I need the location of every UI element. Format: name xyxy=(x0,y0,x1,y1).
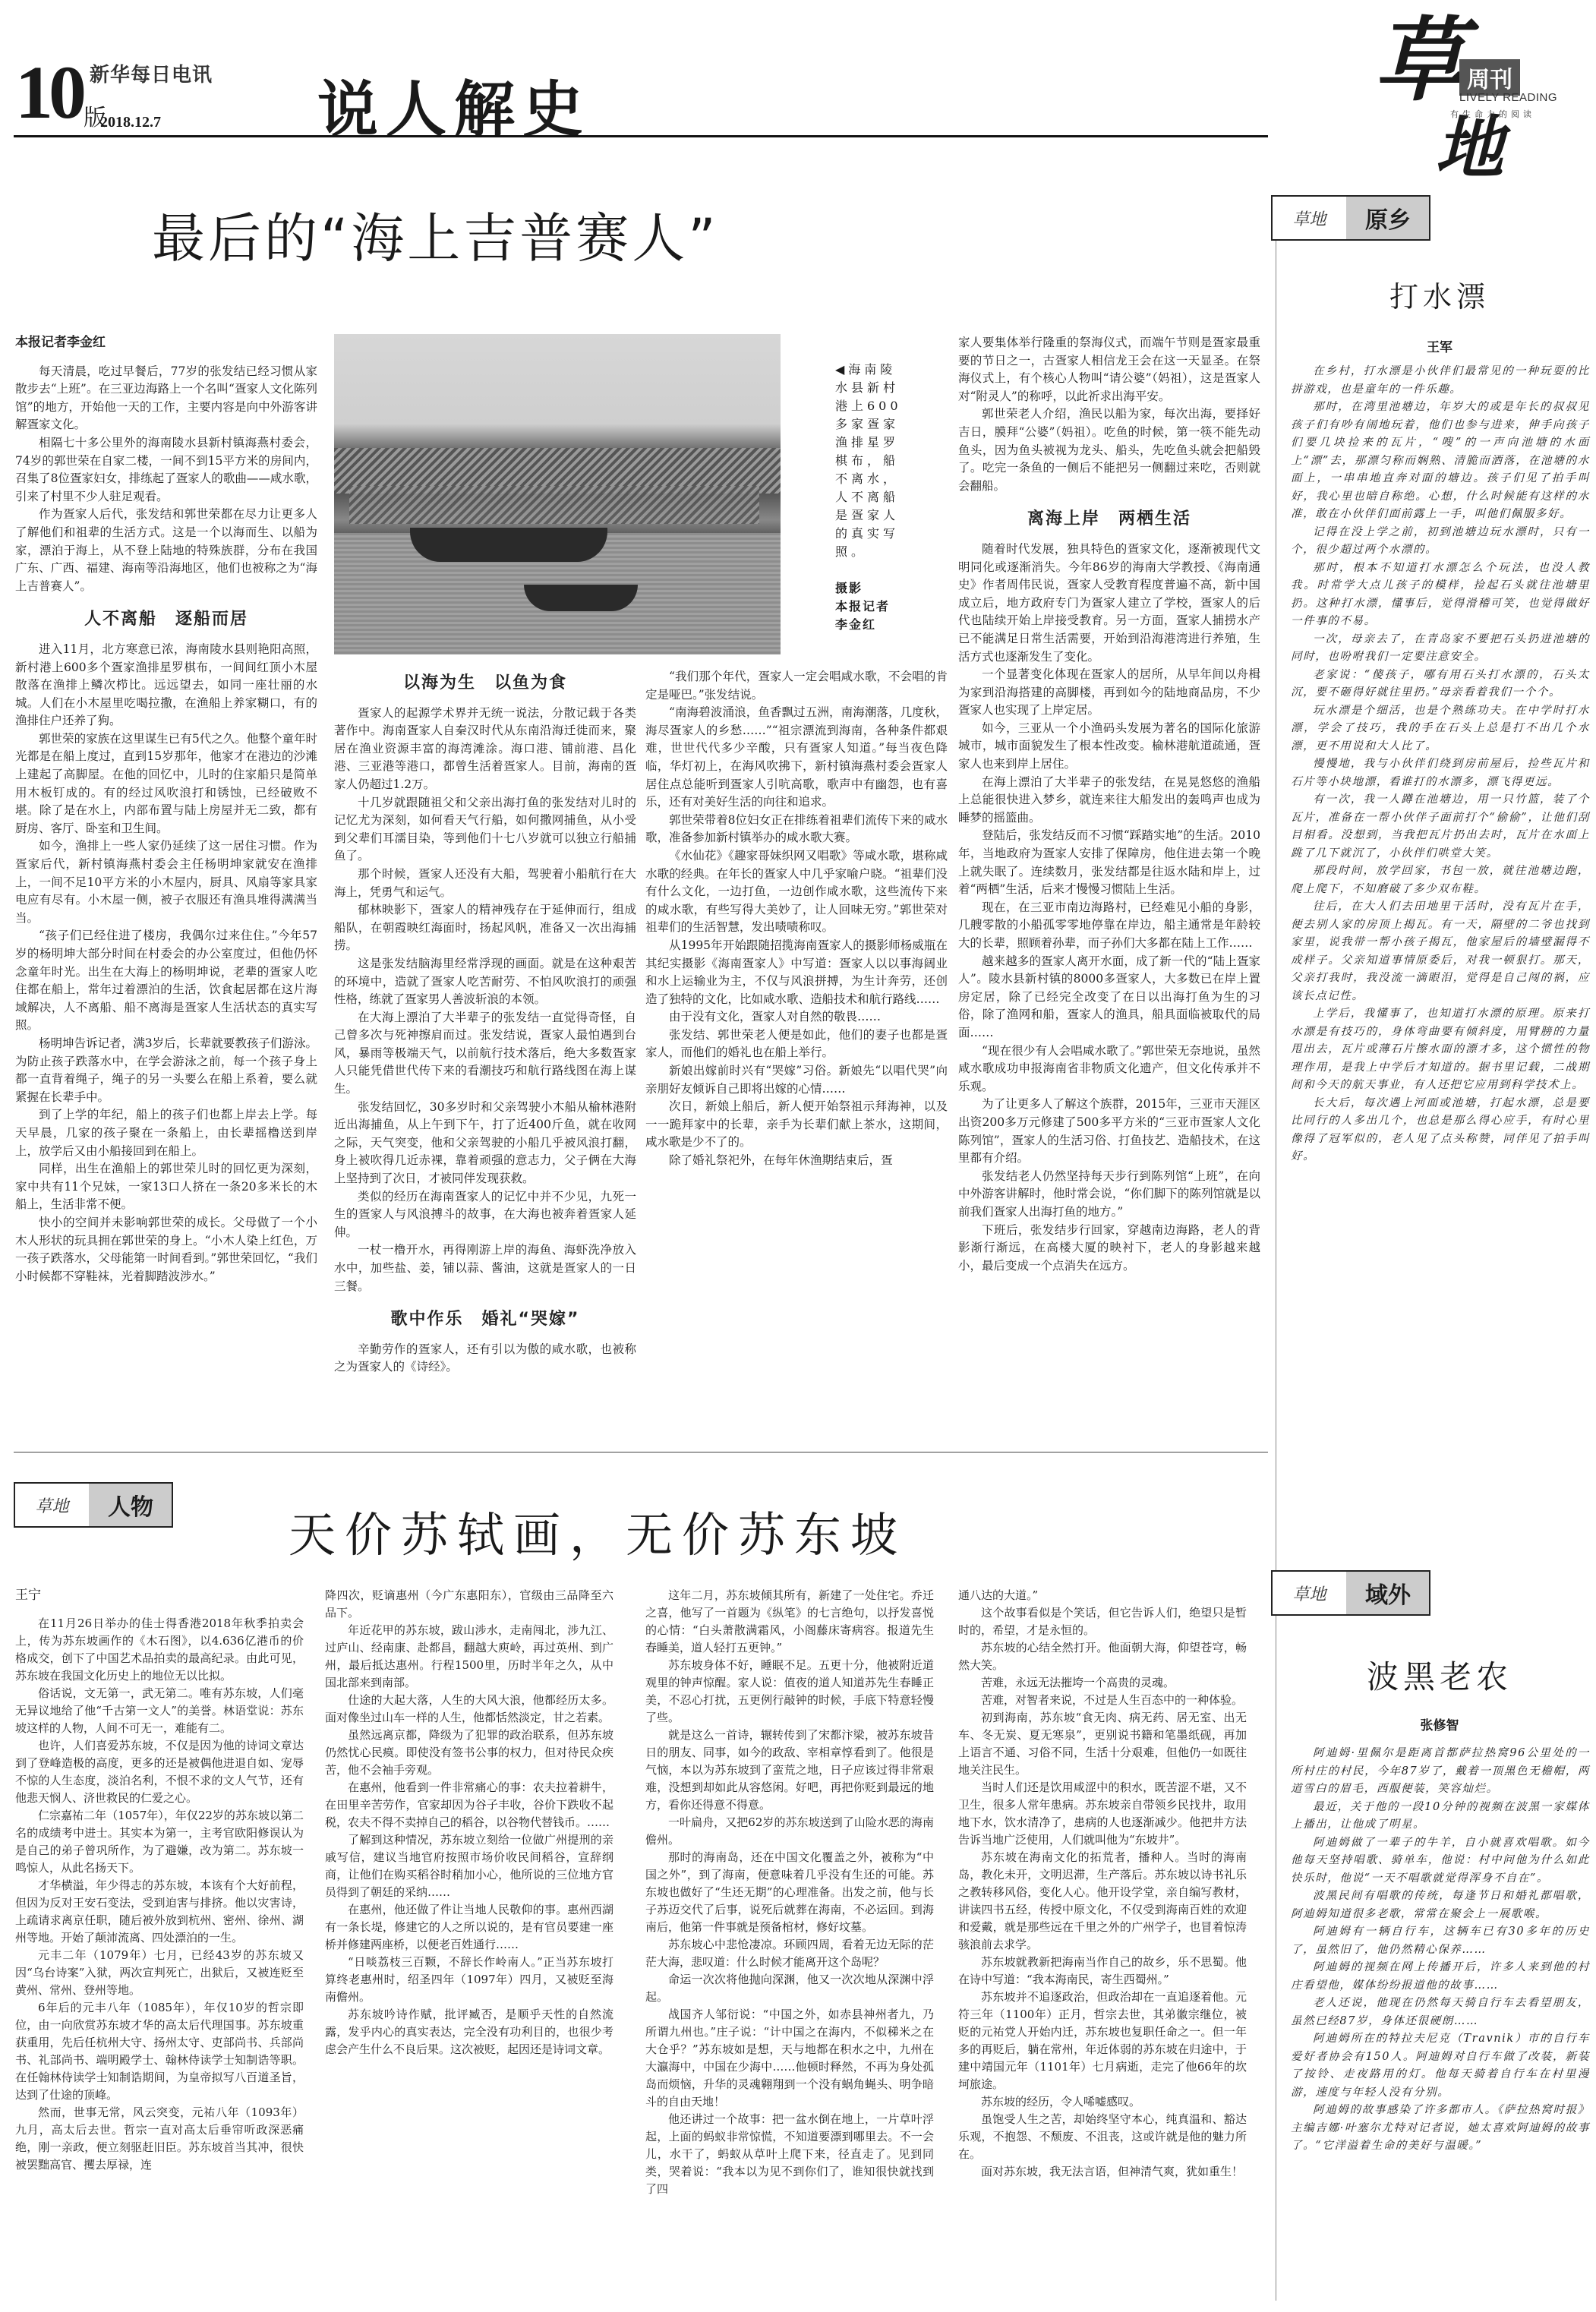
paragraph: 慢慢地，我与小伙伴们绕到房前屋后，捡些瓦片和石片等小块地漂，看谁打的水漂多，漂飞… xyxy=(1291,755,1590,791)
paragraph: 家人要集体举行隆重的祭海仪式，而端午节则是疍家最重要的节日之一，古疍家人相信龙王… xyxy=(958,334,1260,405)
paragraph: 通八达的大道。” xyxy=(958,1587,1247,1604)
paragraph: 老家说：“傻孩子，哪有用石头打水漂的，石头太沉，要不砸得好就往里扔。”母亲看着我… xyxy=(1291,667,1590,702)
subhead: 歌中作乐 婚礼“哭嫁” xyxy=(334,1311,636,1329)
side-article-title: 波黑老农 xyxy=(1283,1652,1596,1698)
paragraph: 类似的经历在海南疍家人的记忆中并不少见，九死一生的疍家人与风浪搏斗的故事，在大海… xyxy=(334,1188,636,1242)
paragraph: 从1995年开始跟随招揽海南疍家人的摄影师杨威瓶在其纪实摄影《海南疍家人》中写道… xyxy=(645,937,948,1008)
paragraph: 然而，世事无常，风云突变，元祐八年（1093年）九月，高太后去世。哲宗一直对高太… xyxy=(15,2104,304,2174)
paragraph: 郭世荣老人介绍，渔民以船为家，每次出海，要择好吉日，膜拜“公婆”（妈祖）。吃鱼的… xyxy=(958,405,1260,495)
credit-name: 本报记者 xyxy=(835,598,904,616)
paragraph: 苏东坡的心结全然打开。他面朝大海，仰望苍穹，畅然大笑。 xyxy=(958,1639,1247,1674)
masthead-rule xyxy=(14,135,1268,137)
paragraph: “孩子们已经住进了楼房，我偶尔过来住住。”今年57岁的杨明坤大部分时间在村委会的… xyxy=(15,927,317,1035)
paragraph: 郭世荣带着8位妇女正在排练着祖辈们流传下来的咸水歌，准备参加新村镇举办的咸水歌大… xyxy=(645,812,948,847)
main-article-column-4: 家人要集体举行隆重的祭海仪式，而端午节则是疍家最重要的节日之一，古疍家人相信龙王… xyxy=(958,334,1260,1275)
paragraph: 阿迪姆做了一辈子的牛羊，自小就喜欢唱歌。如今他每天坚持唱歌、骑单车，他说：村中问… xyxy=(1291,1834,1590,1888)
paragraph: 6年后的元丰八年（1085年），年仅10岁的哲宗即位，由一向欣赏苏东坡才华的高太… xyxy=(15,1999,304,2104)
main-article-column-2: 以海为生 以鱼为食 疍家人的起源学术界并无统一说法，分散记载于各类著作中。海南疍… xyxy=(334,668,636,1377)
paragraph: 才华横溢，年少得志的苏东坡，本该有个大好前程，但因为反对王安石变法，受到迫害与排… xyxy=(15,1877,304,1947)
paper-name: 新华每日电讯 xyxy=(90,59,213,87)
credit-name: 李金红 xyxy=(835,616,904,634)
main-article-column-1: 本报记者李金红 每天清晨，吃过早餐后，77岁的张发结已经习惯从家散步去“上班”。… xyxy=(15,334,317,1285)
paragraph: 初到海南，苏东坡“食无肉、病无药、居无室、出无车、冬无炭、夏无寒泉”，更别说书籍… xyxy=(958,1709,1247,1779)
paragraph: 如今，渔排上一些人家仍延续了这一居住习惯。作为疍家后代，新村镇海燕村委会主任杨明… xyxy=(15,837,317,927)
paragraph: 虽然远离京都，降级为了犯罪的政治联系，但苏东坡仍然忧心民瘼。即使没有签书公事的权… xyxy=(325,1727,613,1779)
paragraph: 一杖一橹开水，再得刚游上岸的海鱼、海虾洗净放入水中，加些盐、姜，铺以蒜、酱油，这… xyxy=(334,1241,636,1295)
page-number: 10 xyxy=(15,55,82,131)
paragraph: 阿迪姆的故事感染了许多都市人。《萨拉热窝时报》主编吉娜·叶塞尔尤特对记者说，她太… xyxy=(1291,2102,1590,2156)
paragraph: 除了婚礼祭祀外，在每年休渔期结束后，疍 xyxy=(645,1152,948,1170)
paragraph: 郁林映影下，疍家人的精神残存在于延伸而行，组成船队，在朝霞映红海面时，扬起风帆，… xyxy=(334,901,636,955)
paragraph: 在海上漂泊了大半辈子的张发结，在晃晃悠悠的渔船上总能很快进入梦乡，就连来往大船发… xyxy=(958,774,1260,828)
paragraph: 波黑民间有唱歌的传统，每逢节日和婚礼都唱歌，阿迪姆知道很多老歌，常常在聚会上一展… xyxy=(1291,1888,1590,1923)
paragraph: 张发结、郭世荣老人便是如此，他们的妻子也都是疍家人，而他们的婚礼也在船上举行。 xyxy=(645,1027,948,1062)
paragraph: 十几岁就跟随祖父和父亲出海打鱼的张发结对儿时的记忆尤为深刻，如何看天气行船，如何… xyxy=(334,794,636,866)
paragraph: 作为疍家人后代，张发结和郭世荣都在尽力让更多人了解他们和祖辈的生活方式。这是一个… xyxy=(15,506,317,595)
logo-calligraphy-bottom: 地 xyxy=(1435,114,1503,182)
paragraph: 这个故事看似是个笑话，但它告诉人们，绝望只是暂时的，希望，才是永恒的。 xyxy=(958,1604,1247,1639)
paragraph: 杨明坤告诉记者，满3岁后，长辈就要教孩子们游泳。为防止孩子跌落水中，在学会游泳之… xyxy=(15,1035,317,1106)
section-tag-yuanxiang: 草地 原乡 xyxy=(1271,195,1430,241)
paragraph: “现在很少有人会唱咸水歌了。”郭世荣无奈地说，虽然咸水歌成功申报海南省非物质文化… xyxy=(958,1042,1260,1096)
paragraph: 为了让更多人了解这个族群，2015年，三亚市天涯区出资200多万元修建了500多… xyxy=(958,1096,1260,1167)
paragraph: 每天清晨，吃过早餐后，77岁的张发结已经习惯从家散步去“上班”。在三亚边海路上一… xyxy=(15,363,317,434)
paragraph: 疍家人的起源学术界并无统一说法，分散记载于各类著作中。海南疍家人自秦汉时代从东南… xyxy=(334,705,636,794)
section-logo: 草地 xyxy=(1273,197,1347,239)
section-divider xyxy=(14,1452,1268,1452)
paragraph: 苏东坡在海南文化的拓荒者，播种人。当时的海南岛，教化未开，文明迟滞，生产落后。苏… xyxy=(958,1849,1247,1954)
paragraph: 那个时候，疍家人还没有大船，驾驶着小船航行在大海上，凭勇气和运气。 xyxy=(334,866,636,901)
paragraph: 郭世荣的家族在这里谋生已有5代之久。他整个童年时光都是在船上度过，直到15岁那年… xyxy=(15,730,317,838)
column-divider xyxy=(1276,197,1276,2301)
paragraph: 就是这么一首诗，辗转传到了宋都汴梁，被苏东坡昔日的朋友、同事，如今的政敌、宰相章… xyxy=(645,1727,934,1814)
side-article-author: 张修智 xyxy=(1283,1714,1596,1733)
paragraph: 在大海上漂泊了大半辈子的张发结一直觉得奇怪，自己曾多次与死神擦肩而过。张发结说，… xyxy=(334,1009,636,1099)
paragraph: 降四次，贬谪惠州（今广东惠阳东），官级由三品降至六品下。 xyxy=(325,1587,613,1622)
photo-fishing-village xyxy=(334,334,781,654)
paragraph: 进入11月，北方寒意已浓，海南陵水县则艳阳高照，新村港上600多个疍家渔排星罗棋… xyxy=(15,641,317,730)
subhead: 离海上岸 两栖生活 xyxy=(958,510,1260,528)
paragraph: 《水仙花》《趣家哥妹织网又唱歌》等咸水歌，堪称咸水歌的经典。在年长的疍家人中几乎… xyxy=(645,847,948,937)
section-label: 原乡 xyxy=(1347,197,1429,239)
paragraph: 年近花甲的苏东坡，跋山涉水，走南闯北，涉九江、过庐山、经南康、赴都昌，翻越大庾岭… xyxy=(325,1622,613,1692)
paragraph: 虽饱受人生之苦，却始终坚守本心，纯真温和、豁达乐观，不抱怨、不颓废、不沮丧，这或… xyxy=(958,2111,1247,2163)
paragraph: 记得在没上学之前，初到池塘边玩水漂时，只有一个，很少超过两个水漂的。 xyxy=(1291,524,1590,560)
paragraph: 现在，在三亚市南边海路村，已经难见小船的身影，几艘零散的小船孤零零地停靠在岸边，… xyxy=(958,899,1260,953)
paragraph: 命运一次次将他抛向深渊，他又一次次地从深渊中浮起。 xyxy=(645,1971,934,2006)
paragraph: 随着时代发展，独具特色的疍家文化，逐渐被现代文明同化或逐渐消失。今年86岁的海南… xyxy=(958,541,1260,666)
paragraph: “日啖荔枝三百颗，不辞长作岭南人。”正当苏东坡打算终老惠州时，绍圣四年（1097… xyxy=(325,1954,613,2006)
paragraph: 苏东坡吟诗作赋，批评臧否，是顺乎天性的自然流露，发乎内心的真实表达，完全没有功利… xyxy=(325,2006,613,2058)
subhead: 以海为生 以鱼为食 xyxy=(334,674,636,692)
section-logo: 草地 xyxy=(1273,1572,1347,1614)
credit-label: 摄影 xyxy=(835,579,904,598)
bottom-article-column-1: 王宁 在11月26日举办的佳士得香港2018年秋季拍卖会上，传为苏东坡画作的《木… xyxy=(15,1587,304,2174)
paragraph: 次日，新娘上船后，新人便开始祭祖示拜海神，以及一一跪拜家中的长辈，亲手为长辈们献… xyxy=(645,1098,948,1152)
paragraph: 俗话说，文无第一，武无第二。唯有苏东坡，人们毫无异议地给了他“千古第一文人”的美… xyxy=(15,1685,304,1737)
paragraph: 一次，母亲去了，在青岛家不要把石头扔进池塘的同时，也吩咐我们一定要注意安全。 xyxy=(1291,631,1590,667)
section-label: 人物 xyxy=(90,1484,172,1526)
paragraph: 相隔七十多公里外的海南陵水县新村镇海燕村委会，74岁的郭世荣在自家二楼，一间不到… xyxy=(15,434,317,506)
paragraph: 那时，在湾里池塘边，年岁大的或是年长的叔叔见孩子们有吵有闹地玩着，他们也参与进来… xyxy=(1291,399,1590,524)
paragraph: 在惠州，他看到一件非常痛心的事：农夫拉着耕牛，在田里辛苦劳作，官家却因为谷子丰收… xyxy=(325,1779,613,1831)
paragraph: 新娘出嫁前时兴有“哭嫁”习俗。新娘先“以唱代哭”向亲朋好友倾诉自己即将出嫁的心情… xyxy=(645,1062,948,1098)
section-logo: 草地 xyxy=(15,1484,90,1526)
paragraph: 张发结回忆，30多岁时和父亲驾驶小木船从榆林港附近出海捕鱼，从上午到下午，打了近… xyxy=(334,1099,636,1188)
caption-text: ◀海南陵水县新村港上600多家疍家渔排星罗棋布，船不离水，人不离船是疍家人的真实… xyxy=(835,361,904,561)
paragraph: 了解到这种情况，苏东坡立刻给一位做广州提刑的亲戚写信，建议当地官府按照市场价收民… xyxy=(325,1831,613,1901)
bottom-article-column-4: 通八达的大道。” 这个故事看似是个笑话，但它告诉人们，绝望只是暂时的，希望，才是… xyxy=(958,1587,1247,2181)
paragraph: 辛勤劳作的疍家人，还有引以为傲的咸水歌，也被称之为疍家人的《诗经》。 xyxy=(334,1341,636,1377)
paragraph: 如今，三亚从一个小渔码头发展为著名的国际化旅游城市，城市面貌发生了根本性改变。榆… xyxy=(958,720,1260,774)
paragraph: 苦难，永远无法摧垮一个高贵的灵魂。 xyxy=(958,1674,1247,1692)
section-tag-yuwai: 草地 域外 xyxy=(1271,1570,1430,1616)
weekly-logo: 草 地 周刊 LIVELY READING 有生命力的阅读 xyxy=(1374,15,1572,182)
side-article-body: 在乡村，打水漂是小伙伴们最常见的一种玩耍的比拼游戏，也是童年的一件乐趣。 那时，… xyxy=(1291,363,1590,1166)
logo-badge: 周刊 xyxy=(1459,59,1520,96)
paragraph: 苦难，对智者来说，不过是人生百态中的一种体验。 xyxy=(958,1692,1247,1709)
paragraph: 张发结老人仍然坚持每天步行到陈列馆“上班”，在向中外游客讲解时，他时常会说，“你… xyxy=(958,1168,1260,1222)
paragraph: 战国齐人邹衍说：“中国之外，如赤县神州者九，乃所谓九州也。”庄子说：“计中国之在… xyxy=(645,2006,934,2111)
paragraph: 那时的海南岛，还在中国文化覆盖之外，被称为“中国之外”，到了海南，便意味着几乎没… xyxy=(645,1849,934,1936)
paragraph: 最近，关于他的一段10分钟的视频在波黑一家媒体上播出，让他成了明星。 xyxy=(1291,1799,1590,1834)
main-headline: 最后的“海上吉普赛人” xyxy=(152,196,719,273)
bottom-headline: 天价苏轼画，无价苏东坡 xyxy=(289,1497,907,1565)
paragraph: 在惠州，他还做了件让当地人民敬仰的事。惠州西湖有一条长堤，修建它的人之所以说的，… xyxy=(325,1901,613,1954)
section-label: 域外 xyxy=(1347,1572,1429,1614)
paragraph: 一叶扁舟，又把62岁的苏东坡送到了山险水恶的海南儋州。 xyxy=(645,1814,934,1849)
bottom-article-column-2: 降四次，贬谪惠州（今广东惠阳东），官级由三品降至六品下。 年近花甲的苏东坡，跋山… xyxy=(325,1587,613,2058)
paragraph: 往后，在大人们去田地里干活时，没有瓦片在手，便去别人家的房顶上揭瓦。有一天，隔壁… xyxy=(1291,898,1590,1005)
paragraph: 由于没有文化，疍家人对自然的敬畏…… xyxy=(645,1008,948,1027)
bottom-article-column-3: 这年二月，苏东坡倾其所有，新建了一处住宅。乔迁之喜，他写了一首题为《纵笔》的七言… xyxy=(645,1587,934,2198)
paragraph: 长大后，每次遇上河面或池塘，打起水漂，总是要比同行的人多出几个，也总是那么得心应… xyxy=(1291,1095,1590,1166)
photo-caption: ◀海南陵水县新村港上600多家疍家渔排星罗棋布，船不离水，人不离船是疍家人的真实… xyxy=(835,361,904,634)
paragraph: 阿迪姆·里佩尔是距离首都萨拉热窝96公里处的一所村庄的村民，今年87岁了，戴着一… xyxy=(1291,1745,1590,1799)
paragraph: 阿迪姆的视频在网上传播开后，许多人来到他的村庄看望他，媒体纷纷报道他的故事…… xyxy=(1291,1959,1590,1995)
side-article-author: 王军 xyxy=(1283,336,1596,355)
paragraph: 阿迪姆有一辆自行车，这辆车已有30多年的历史了，虽然旧了，他仍然精心保养…… xyxy=(1291,1923,1590,1959)
paragraph: 在乡村，打水漂是小伙伴们最常见的一种玩耍的比拼游戏，也是童年的一件乐趣。 xyxy=(1291,363,1590,399)
paragraph: 到了上学的年纪，船上的孩子们也都上岸去上学。每天早晨，几家的孩子聚在一条船上，由… xyxy=(15,1106,317,1160)
paragraph: 苏东坡身体不好，睡眠不足。五更十分，他被附近道观里的钟声惊醒。家人说：值夜的道人… xyxy=(645,1657,934,1727)
paragraph: 元丰二年（1079年）七月，已经43岁的苏东坡又因“乌台诗案”入狱，两次宣判死亡… xyxy=(15,1947,304,1999)
paragraph: 一个显著变化体现在疍家人的居所，从早年间以舟楫为家到沿海搭建的高脚楼，再到如今的… xyxy=(958,666,1260,720)
paragraph: 下班后，张发结步行回家，穿越南边海路，老人的背影渐行渐远，在高楼大厦的映衬下，老… xyxy=(958,1222,1260,1276)
paragraph: 上学后，我懂事了，也知道打水漂的原理。原来打水漂是有技巧的，身体弯曲要有倾斜度，… xyxy=(1291,1005,1590,1095)
byline: 王宁 xyxy=(15,1587,304,1604)
paragraph: 登陆后，张发结反而不习惯“踩踏实地”的生活。2010年，当地政府为疍家人安排了保… xyxy=(958,827,1260,898)
paragraph: 他还讲过一个故事：把一盆水倒在地上，一片草叶浮起，上面的蚂蚁非常惊慌，不知道要漂… xyxy=(645,2111,934,2198)
paragraph: 越来越多的疍家人离开水面，成了新一代的“陆上疍家人”。陵水县新村镇的8000多疍… xyxy=(958,953,1260,1042)
paragraph: 仕途的大起大落，人生的大风大浪，他都经历太多。面对像坐过山车一样的人生，他都恬然… xyxy=(325,1692,613,1727)
paragraph: “我们那个年代，疍家人一定会唱咸水歌，不会唱的肯定是哑巴。”张发结说。 xyxy=(645,668,948,704)
photo-credit: 摄影 本报记者 李金红 xyxy=(835,579,904,634)
paragraph: 快小的空间并未影响郭世荣的成长。父母做了一个小木人形状的玩具拥在郭世荣的身上。“… xyxy=(15,1214,317,1285)
paragraph: 苏东坡的经历，令人唏嘘感叹。 xyxy=(958,2093,1247,2111)
paragraph: 苏东坡并不追逐政治，但政治却在一直追逐着他。元符三年（1100年）正月，哲宗去世… xyxy=(958,1989,1247,2093)
logo-calligraphy-top: 草 xyxy=(1374,15,1465,106)
paragraph: 苏东坡就教新把海南当作自己的故乡，乐不思蜀。他在诗中写道：“我本海南民，寄生西蜀… xyxy=(958,1954,1247,1989)
paragraph: 在11月26日举办的佳士得香港2018年秋季拍卖会上，传为苏东坡画作的《木石图》… xyxy=(15,1615,304,1685)
paragraph: 当时人们还是饮用咸涩中的积水，既苦涩不堪，又不卫生，很多人常年患病。苏东坡亲自带… xyxy=(958,1779,1247,1849)
paragraph: 老人还说，他现在仍然每天骑自行车去看望朋友，虽然已经87岁，身体还很硬朗…… xyxy=(1291,1995,1590,2030)
paragraph: 这是张发结脑海里经常浮现的画面。就是在这种艰苦的环境中，造就了疍家人吃苦耐劳、不… xyxy=(334,955,636,1009)
issue-date: 2018.12.7 xyxy=(100,114,161,131)
subhead: 人不离船 逐船而居 xyxy=(15,610,317,629)
side-article-body: 阿迪姆·里佩尔是距离首都萨拉热窝96公里处的一所村庄的村民，今年87岁了，戴着一… xyxy=(1291,1745,1590,2156)
paragraph: 玩水漂是个细活，也是个熟练功夫。在中学时打水漂，学会了技巧，我的手在石头上总是打… xyxy=(1291,702,1590,756)
paragraph: 同样，出生在渔船上的郭世荣儿时的回忆更为深刻，家中共有11个兄妹，一家13口人挤… xyxy=(15,1160,317,1214)
byline: 本报记者李金红 xyxy=(15,334,317,352)
paragraph: 那段时间，放学回家，书包一放，就往池塘边跑，爬上爬下，不知磨破了多少双布鞋。 xyxy=(1291,863,1590,898)
section-tag-renwu: 草地 人物 xyxy=(14,1482,173,1528)
paragraph: 这年二月，苏东坡倾其所有，新建了一处住宅。乔迁之喜，他写了一首题为《纵笔》的七言… xyxy=(645,1587,934,1657)
logo-english: LIVELY READING xyxy=(1459,91,1557,104)
paragraph: 有一次，我一人蹲在池塘边，用一只竹篮，装了个瓦片，准备在一帮小伙伴子面前打个“偷… xyxy=(1291,791,1590,863)
paragraph: 面对苏东坡，我无法言语，但神清气爽，犹如重生！ xyxy=(958,2163,1247,2181)
paragraph: 阿迪姆所在的特拉夫尼克（Travnik）市的自行车爱好者协会有150人。阿迪姆对… xyxy=(1291,2030,1590,2102)
paragraph: 苏东坡心中悲怆凄凉。环顾四周，看着无边无际的茫茫大海，悲叹道：什么时候才能离开这… xyxy=(645,1936,934,1971)
paragraph: “南海碧波涌浪，鱼香飘过五洲，南海潮落，几度秋，海尽疍家人的乡愁……”“祖宗漂流… xyxy=(645,704,948,812)
paragraph: 也许，人们喜爱苏东坡，不仅是因为他的诗词文章达到了登峰造极的高度，更多的还是被偶… xyxy=(15,1737,304,1807)
paragraph: 那时，根本不知道打水漂怎么个玩法，也没人教我。时常学大点儿孩子的模样，捡起石头就… xyxy=(1291,560,1590,631)
main-article-column-3: “我们那个年代，疍家人一定会唱咸水歌，不会唱的肯定是哑巴。”张发结说。 “南海碧… xyxy=(645,668,948,1170)
paragraph: 仁宗嘉祐二年（1057年），年仅22岁的苏东坡以第二名的成绩考中进士。其实本为第… xyxy=(15,1807,304,1877)
side-article-title: 打水漂 xyxy=(1283,273,1596,315)
logo-slogan: 有生命力的阅读 xyxy=(1450,108,1535,120)
